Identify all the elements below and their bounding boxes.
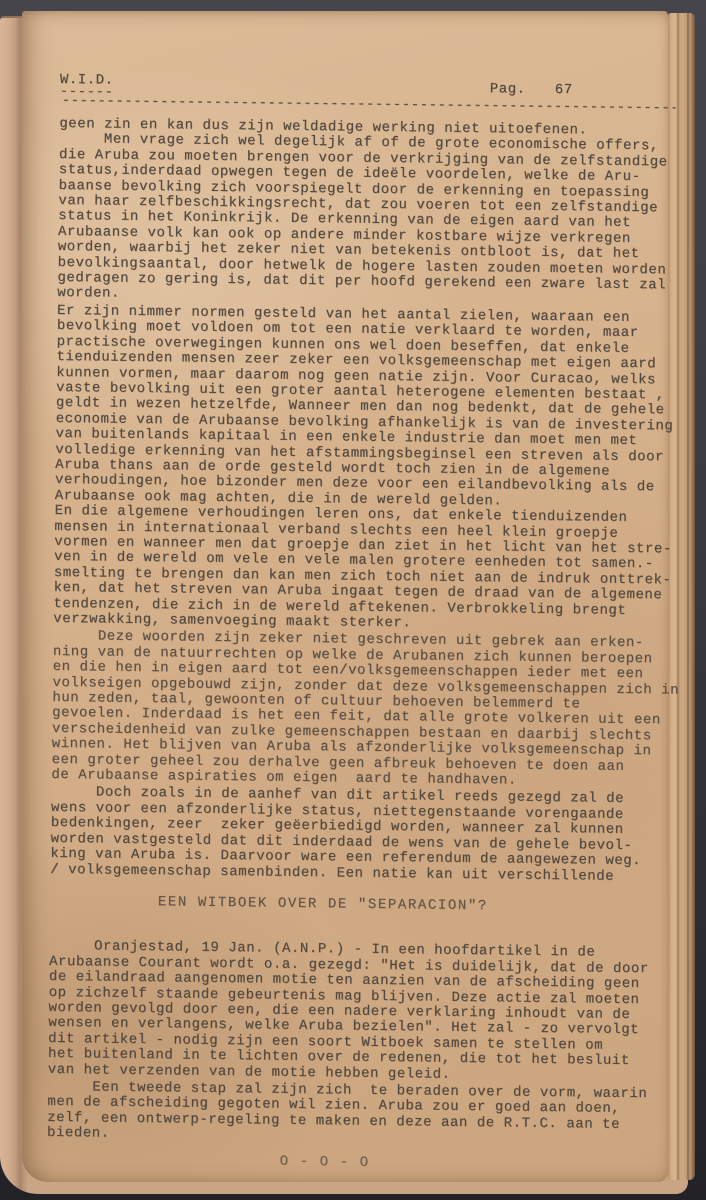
scanned-document-page: W.I.D. ------- -------------------------… <box>22 11 668 1182</box>
paragraph-5: Oranjestad, 19 Jan. (A.N.P.) - In een ho… <box>48 939 670 1085</box>
paragraph-6: Een tweede stap zal zijn zich te beraden… <box>47 1080 668 1149</box>
paragraph-2: Er zijn nimmer normen gesteld van het aa… <box>53 304 677 635</box>
page-label: Pag. <box>490 82 526 98</box>
header-dashed-rule: ----------------------------------------… <box>62 94 676 117</box>
typewritten-content: W.I.D. ------- -------------------------… <box>47 73 680 1174</box>
end-of-article-mark: O - O - O <box>280 1154 667 1174</box>
paragraph-3: Deze woorden zijn zeker niet geschreven … <box>51 629 673 791</box>
paragraph-1: geen zin en kan dus zijn weldadige werki… <box>57 117 679 309</box>
paragraph-4: Doch zoals in de aanhef van dit artikel … <box>50 785 671 885</box>
page-number: 67 <box>555 83 573 99</box>
page-header: W.I.D. ------- -------------------------… <box>59 73 679 125</box>
section-heading: EEN WITBOEK OVER DE "SEPARACION"? <box>158 895 670 917</box>
